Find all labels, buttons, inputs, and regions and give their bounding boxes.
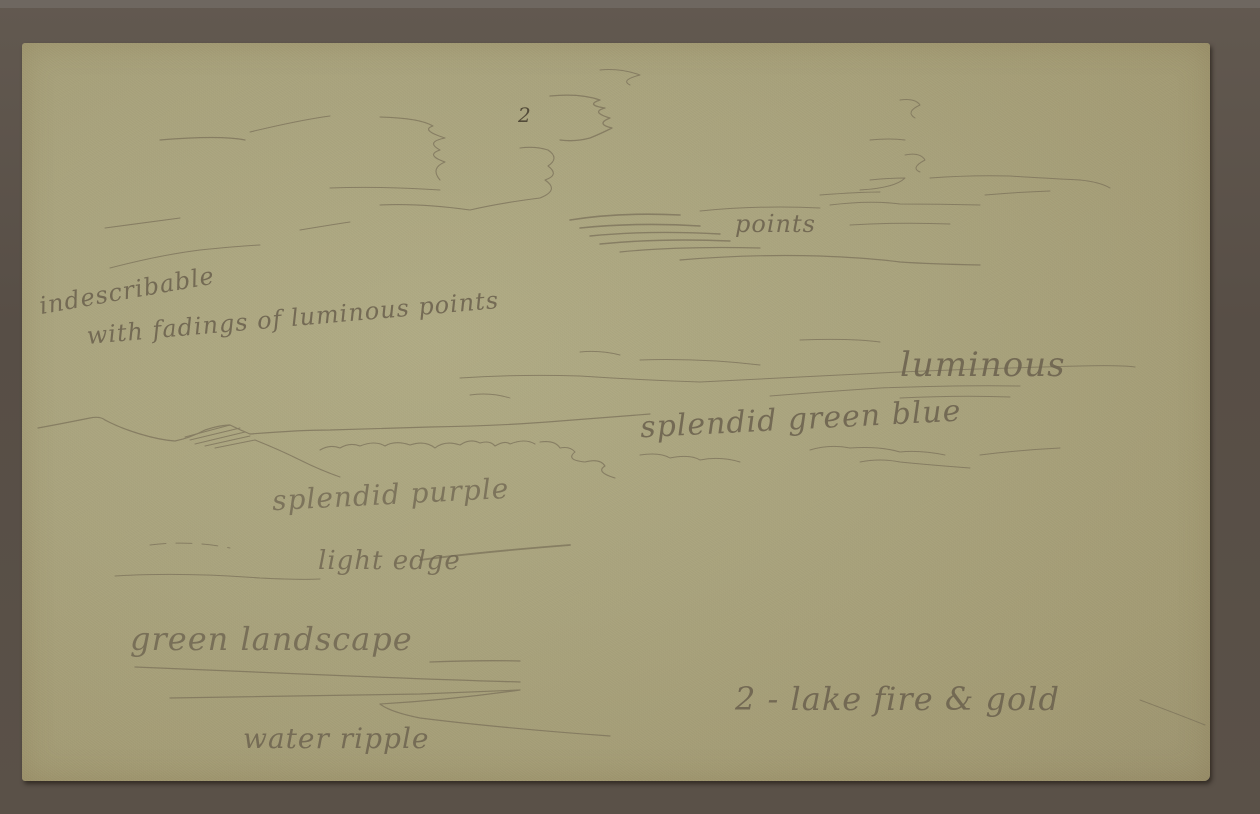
light-edge-note: light edge xyxy=(318,546,461,576)
points-note: points xyxy=(735,210,816,238)
luminous-note: luminous xyxy=(900,345,1066,385)
pencil-sketch xyxy=(0,0,1260,814)
lake-fire-gold-note: 2 - lake fire & gold xyxy=(735,680,1060,718)
green-landscape-note: green landscape xyxy=(130,620,413,658)
water-ripple-note: water ripple xyxy=(243,722,429,755)
cloud-number-note: 2 xyxy=(518,103,532,127)
